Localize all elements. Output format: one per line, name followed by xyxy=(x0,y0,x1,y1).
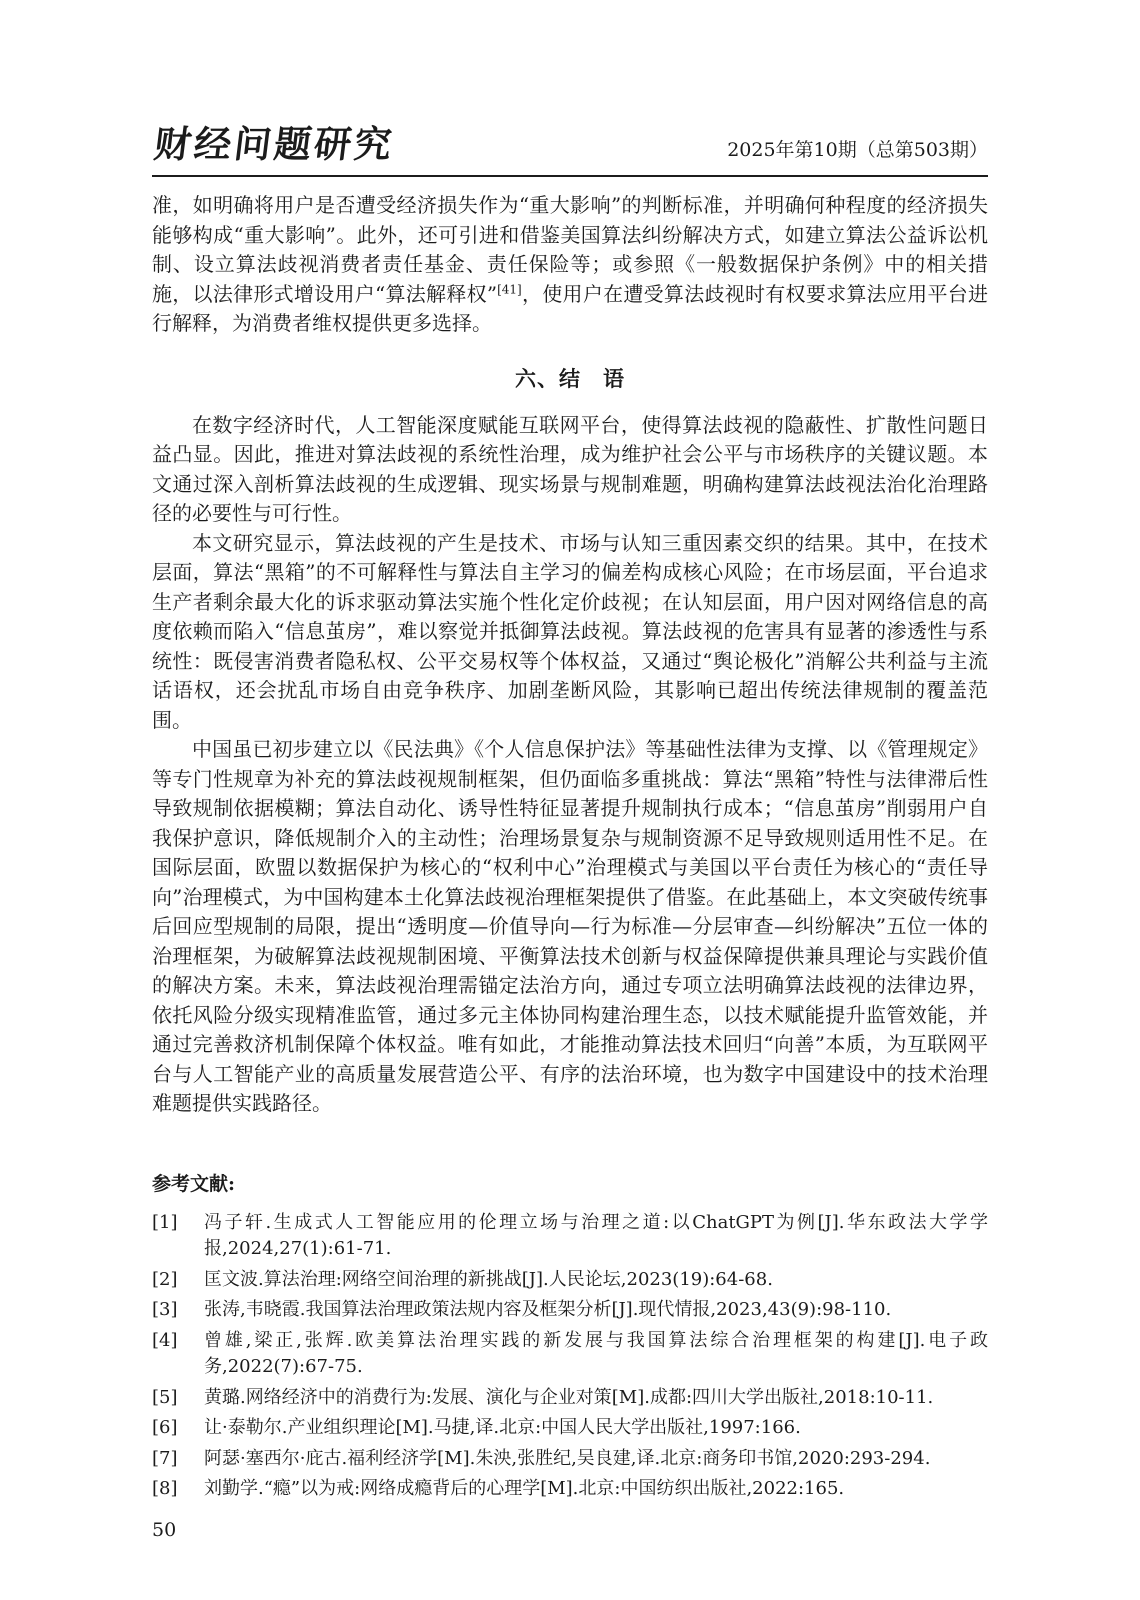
issue-info: 2025年第10期（总第503期） xyxy=(727,141,988,163)
reference-label: [1] xyxy=(152,1210,178,1237)
reference-label: [7] xyxy=(152,1446,178,1473)
conclusion-paragraph-2: 本文研究显示，算法歧视的产生是技术、市场与认知三重因素交织的结果。其中，在技术层… xyxy=(152,529,988,736)
reference-text: 刘勤学.“瘾”以为戒:网络成瘾背后的心理学[M].北京:中国纺织出版社,2022… xyxy=(204,1478,844,1499)
article-body: 准，如明确将用户是否遭受经济损失作为“重大影响”的判断标准，并明确何种程度的经济… xyxy=(152,191,988,1541)
reference-item: [5] 黄璐.网络经济中的消费行为:发展、演化与企业对策[M].成都:四川大学出… xyxy=(152,1385,988,1412)
reference-item: [2] 匡文波.算法治理:网络空间治理的新挑战[J].人民论坛,2023(19)… xyxy=(152,1267,988,1294)
journal-logo: 财经问题研究 xyxy=(152,126,397,163)
continued-paragraph: 准，如明确将用户是否遭受经济损失作为“重大影响”的判断标准，并明确何种程度的经济… xyxy=(152,191,988,339)
page-header: 财经问题研究 2025年第10期（总第503期） xyxy=(152,126,988,177)
section-heading-conclusion: 六、结 语 xyxy=(152,363,988,393)
reference-item: [4] 曾雄,梁正,张辉.欧美算法治理实践的新发展与我国算法综合治理框架的构建[… xyxy=(152,1328,988,1381)
conclusion-paragraph-3: 中国虽已初步建立以《民法典》《个人信息保护法》等基础性法律为支撑、以《管理规定》… xyxy=(152,735,988,1119)
reference-item: [6] 让·泰勒尔.产业组织理论[M].马捷,译.北京:中国人民大学出版社,19… xyxy=(152,1415,988,1442)
journal-page: 财经问题研究 2025年第10期（总第503期） 准，如明确将用户是否遭受经济损… xyxy=(0,0,1140,1600)
reference-text: 匡文波.算法治理:网络空间治理的新挑战[J].人民论坛,2023(19):64-… xyxy=(204,1269,773,1290)
reference-text: 张涛,韦晓霞.我国算法治理政策法规内容及框架分析[J].现代情报,2023,43… xyxy=(204,1299,891,1320)
reference-text: 黄璐.网络经济中的消费行为:发展、演化与企业对策[M].成都:四川大学出版社,2… xyxy=(204,1387,933,1408)
reference-item: [7] 阿瑟·塞西尔·庇古.福利经济学[M].朱泱,张胜纪,吴良建,译.北京:商… xyxy=(152,1446,988,1473)
reference-label: [2] xyxy=(152,1267,178,1294)
reference-label: [4] xyxy=(152,1328,178,1355)
reference-item: [8] 刘勤学.“瘾”以为戒:网络成瘾背后的心理学[M].北京:中国纺织出版社,… xyxy=(152,1476,988,1503)
reference-label: [6] xyxy=(152,1415,178,1442)
page-number: 50 xyxy=(152,1519,988,1541)
reference-text: 曾雄,梁正,张辉.欧美算法治理实践的新发展与我国算法综合治理框架的构建[J].电… xyxy=(204,1330,988,1378)
reference-label: [8] xyxy=(152,1476,178,1503)
reference-label: [5] xyxy=(152,1385,178,1412)
references-heading: 参考文献: xyxy=(152,1169,988,1196)
reference-item: [1] 冯子轩.生成式人工智能应用的伦理立场与治理之道:以ChatGPT为例[J… xyxy=(152,1210,988,1263)
reference-text: 冯子轩.生成式人工智能应用的伦理立场与治理之道:以ChatGPT为例[J].华东… xyxy=(204,1212,988,1260)
references-list: [1] 冯子轩.生成式人工智能应用的伦理立场与治理之道:以ChatGPT为例[J… xyxy=(152,1210,988,1503)
citation-superscript: [41] xyxy=(497,282,522,296)
reference-text: 让·泰勒尔.产业组织理论[M].马捷,译.北京:中国人民大学出版社,1997:1… xyxy=(204,1417,801,1438)
reference-item: [3] 张涛,韦晓霞.我国算法治理政策法规内容及框架分析[J].现代情报,202… xyxy=(152,1297,988,1324)
reference-label: [3] xyxy=(152,1297,178,1324)
conclusion-paragraph-1: 在数字经济时代，人工智能深度赋能互联网平台，使得算法歧视的隐蔽性、扩散性问题日益… xyxy=(152,411,988,529)
reference-text: 阿瑟·塞西尔·庇古.福利经济学[M].朱泱,张胜纪,吴良建,译.北京:商务印书馆… xyxy=(204,1448,930,1469)
